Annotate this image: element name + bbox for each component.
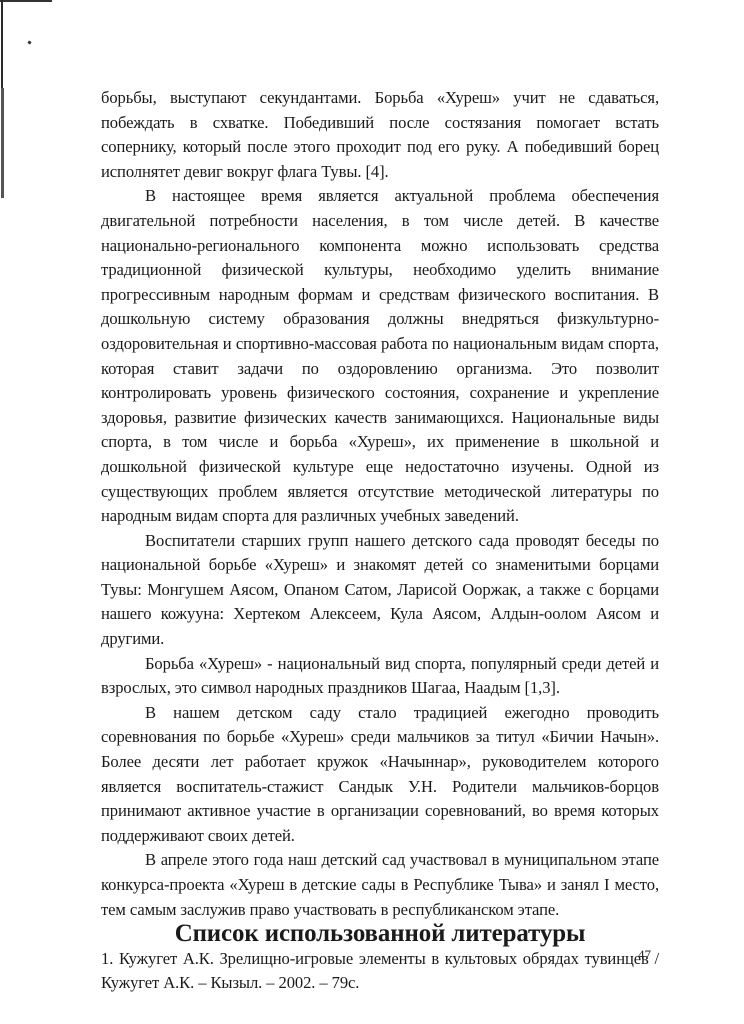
paragraph-6: В апреле этого года наш детский сад учас…: [101, 848, 659, 922]
paragraph-1: борьбы, выступают секундантами. Борьба «…: [101, 86, 659, 184]
paragraph-3: Воспитатели старших групп нашего детског…: [101, 529, 659, 652]
scan-artifact-speck: [27, 40, 31, 44]
reference-item: 1. Кужугет А.К. Зрелищно-игровые элемент…: [101, 947, 659, 996]
scan-artifact-left-edge-shadow: [1, 88, 4, 198]
paragraph-2: В настоящее время является актуальной пр…: [101, 184, 659, 528]
paragraph-5: В нашем детском саду стало традицией еже…: [101, 701, 659, 849]
document-page: борьбы, выступают секундантами. Борьба «…: [101, 86, 659, 996]
references-heading: Список использованной литературы: [101, 922, 659, 947]
scan-artifact-top-edge: [0, 0, 52, 2]
paragraph-4: Борьба «Хуреш» - национальный вид спорта…: [101, 652, 659, 701]
page-number: 47: [638, 947, 651, 963]
